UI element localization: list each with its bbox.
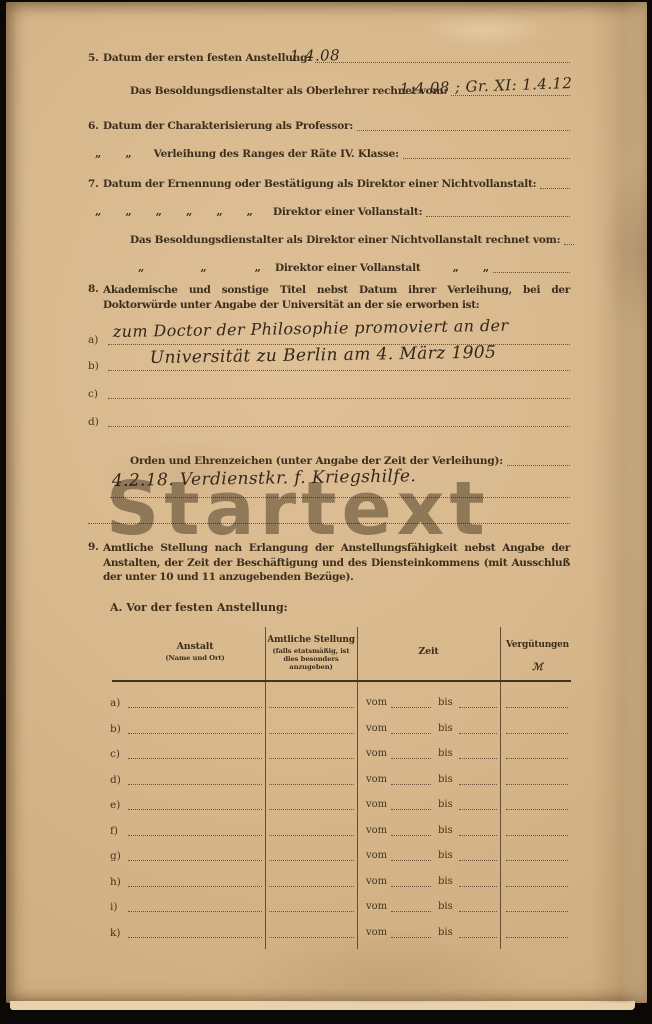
vom-label: vom xyxy=(366,774,387,785)
verguetung-field xyxy=(506,901,568,912)
item6-number: 6. xyxy=(88,120,103,132)
row-label: i) xyxy=(110,901,117,913)
table-row: d) vom bis xyxy=(0,771,652,787)
orden-entry-line-2 xyxy=(88,510,570,524)
title-entry-row-c: c) xyxy=(88,386,570,400)
row-label: a) xyxy=(110,697,120,709)
verguetung-field xyxy=(506,748,568,759)
verguetung-field xyxy=(506,774,568,785)
ditto-mark: „ xyxy=(453,261,459,274)
item6-blank-line xyxy=(357,130,570,131)
anstalt-field xyxy=(128,927,262,938)
table-row: f) vom bis xyxy=(0,822,652,838)
verguetung-field xyxy=(506,825,568,836)
header-verguetungen-title: Vergütungen xyxy=(500,640,575,650)
item7-line2-blank-line xyxy=(426,216,570,217)
vom-label: vom xyxy=(366,825,387,836)
bis-label: bis xyxy=(438,697,453,708)
anstalt-field xyxy=(128,876,262,887)
header-anstalt-title: Anstalt xyxy=(125,641,265,652)
entry-d-blank-line xyxy=(108,426,570,427)
ditto-mark: „ xyxy=(216,205,222,218)
field-line-director-nichtvollanstalt: 7. Datum der Ernennung oder Bestätigung … xyxy=(88,176,570,190)
stellung-field xyxy=(269,901,354,912)
vom-label: vom xyxy=(366,799,387,810)
bis-field xyxy=(459,748,497,759)
item7-number: 7. xyxy=(88,178,103,190)
verguetung-field xyxy=(506,876,568,887)
row-label: k) xyxy=(110,927,120,939)
ditto-mark: „ xyxy=(95,205,101,218)
table-row: g) vom bis xyxy=(0,847,652,863)
vom-field xyxy=(391,748,431,759)
row-label: f) xyxy=(110,825,118,837)
stellung-field xyxy=(269,799,354,810)
bis-label: bis xyxy=(438,901,453,912)
item6-line2-blank-line xyxy=(403,158,570,159)
ditto-mark: „ xyxy=(483,261,489,274)
row-label: e) xyxy=(110,799,120,811)
row-label: c) xyxy=(110,748,120,760)
bis-label: bis xyxy=(438,876,453,887)
table-header-amtliche-stellung: Amtliche Stellung (falls etatsmäßig, ist… xyxy=(266,635,356,671)
table-row: i) vom bis xyxy=(0,898,652,914)
anstalt-field xyxy=(128,850,262,861)
title-entry-row-d: d) xyxy=(88,414,570,428)
vom-label: vom xyxy=(366,927,387,938)
table-header-verguetungen: Vergütungen ℳ xyxy=(500,640,575,673)
item8-label: Akademische und sonstige Titel nebst Dat… xyxy=(103,283,570,312)
table-row: e) vom bis xyxy=(0,796,652,812)
vom-label: vom xyxy=(366,876,387,887)
bis-field xyxy=(459,850,497,861)
field-line-director-vollanstalt: „ „ „ „ „ „ Direktor einer Vollanstalt: xyxy=(95,204,570,218)
table-row: c) vom bis xyxy=(0,745,652,761)
anstalt-field xyxy=(128,774,262,785)
table-row: a) vom bis xyxy=(0,694,652,710)
stellung-field xyxy=(269,774,354,785)
anstalt-field xyxy=(128,901,262,912)
item5-label: Datum der ersten festen Anstellung: xyxy=(103,52,311,64)
ditto-mark: „ xyxy=(186,205,192,218)
vom-label: vom xyxy=(366,901,387,912)
field-line-besoldungsdienstalter-director: Das Besoldungsdienstalter als Direktor e… xyxy=(130,232,570,246)
stellung-field xyxy=(269,927,354,938)
ditto-mark: „ xyxy=(200,261,206,274)
vom-field xyxy=(391,901,431,912)
orden-blank-line xyxy=(507,465,570,466)
table-row: b) vom bis xyxy=(0,720,652,736)
verguetung-field xyxy=(506,927,568,938)
stellung-field xyxy=(269,825,354,836)
vom-field xyxy=(391,697,431,708)
bis-label: bis xyxy=(438,799,453,810)
entry-c-label: c) xyxy=(88,388,104,400)
anstalt-field xyxy=(128,799,262,810)
item7-label: Datum der Ernennung oder Bestätigung als… xyxy=(103,178,536,190)
item6-line2-label: Verleihung des Ranges der Räte IV. Klass… xyxy=(154,148,399,160)
header-zeit-title: Zeit xyxy=(357,646,500,657)
verguetung-field xyxy=(506,723,568,734)
bis-field xyxy=(459,825,497,836)
table-header-anstalt: Anstalt (Name und Ort) xyxy=(125,641,265,662)
entry-a-label: a) xyxy=(88,334,104,346)
item5-blank-line xyxy=(315,62,570,63)
item8-number: 8. xyxy=(88,283,99,295)
bis-field xyxy=(459,697,497,708)
field-line-besoldungsdienstalter-vollanstalt: „ „ „ Direktor einer Vollanstalt „ „ xyxy=(138,260,570,274)
ditto-mark: „ xyxy=(156,205,162,218)
vom-field xyxy=(391,774,431,785)
anstalt-field xyxy=(128,825,262,836)
vom-field xyxy=(391,825,431,836)
ditto-mark: „ xyxy=(138,261,144,274)
vom-label: vom xyxy=(366,850,387,861)
vom-field xyxy=(391,927,431,938)
bis-field xyxy=(459,774,497,785)
verguetung-field xyxy=(506,697,568,708)
item6-label: Datum der Charakterisierung als Professo… xyxy=(103,120,353,132)
vom-label: vom xyxy=(366,748,387,759)
verguetung-field xyxy=(506,850,568,861)
bis-label: bis xyxy=(438,723,453,734)
item9-label: Amtliche Stellung nach Erlangung der Ans… xyxy=(103,541,570,585)
row-label: b) xyxy=(110,723,121,735)
bis-field xyxy=(459,799,497,810)
entry-b-blank-line xyxy=(108,370,570,371)
item7-blank-line xyxy=(540,188,570,189)
vom-field xyxy=(391,723,431,734)
field-line-orden: Orden und Ehrenzeichen (unter Angabe der… xyxy=(130,453,570,467)
header-anstalt-sub: (Name und Ort) xyxy=(125,654,265,662)
mark-currency-symbol: ℳ xyxy=(500,662,575,673)
vom-label: vom xyxy=(366,697,387,708)
stellung-field xyxy=(269,697,354,708)
bis-label: bis xyxy=(438,825,453,836)
item5-handwritten-value: 1.4.08 xyxy=(290,46,340,65)
item7-line4-label: Direktor einer Vollanstalt xyxy=(275,262,421,274)
bis-label: bis xyxy=(438,774,453,785)
item7-line3-label: Das Besoldungsdienstalter als Direktor e… xyxy=(130,234,560,246)
item9-number: 9. xyxy=(88,541,99,553)
table-header-zeit: Zeit xyxy=(357,646,500,657)
table-row: k) vom bis xyxy=(0,924,652,940)
stellung-field xyxy=(269,850,354,861)
bis-field xyxy=(459,876,497,887)
row-label: d) xyxy=(110,774,121,786)
entry-c-blank-line xyxy=(108,398,570,399)
entry-d-label: d) xyxy=(88,416,104,428)
entry-b-label: b) xyxy=(88,360,104,372)
bis-field xyxy=(459,927,497,938)
ditto-mark: „ xyxy=(95,147,101,160)
anstalt-field xyxy=(128,748,262,759)
stellung-field xyxy=(269,723,354,734)
field-line-rank-raete: „ „ Verleihung des Ranges der Räte IV. K… xyxy=(95,146,570,160)
item7-line3-blank-line xyxy=(564,244,574,245)
row-label: g) xyxy=(110,850,121,862)
item5-number: 5. xyxy=(88,52,103,64)
stellung-field xyxy=(269,876,354,887)
ditto-mark: „ xyxy=(247,205,253,218)
anstalt-field xyxy=(128,723,262,734)
bis-field xyxy=(459,901,497,912)
table-header-rule xyxy=(112,680,571,682)
item7-line4-blank-line xyxy=(493,272,570,273)
orden-label: Orden und Ehrenzeichen (unter Angabe der… xyxy=(130,455,503,467)
under-page-edge xyxy=(10,1001,635,1010)
vom-field xyxy=(391,850,431,861)
vom-field xyxy=(391,799,431,810)
bis-field xyxy=(459,723,497,734)
table-row: h) vom bis xyxy=(0,873,652,889)
header-stellung-title: Amtliche Stellung xyxy=(266,635,356,645)
header-stellung-sub: (falls etatsmäßig, ist dies besonders an… xyxy=(266,647,356,671)
bis-label: bis xyxy=(438,927,453,938)
stellung-field xyxy=(269,748,354,759)
vom-field xyxy=(391,876,431,887)
ditto-mark: „ xyxy=(255,261,261,274)
verguetung-field xyxy=(506,799,568,810)
field-line-professor-title: 6. Datum der Charakterisierung als Profe… xyxy=(88,118,570,132)
ditto-mark: „ xyxy=(125,205,131,218)
section-a-heading: A. Vor der festen Anstellung: xyxy=(110,601,288,614)
bis-label: bis xyxy=(438,850,453,861)
item7-line2-label: Direktor einer Vollanstalt: xyxy=(273,206,422,218)
bis-label: bis xyxy=(438,748,453,759)
vom-label: vom xyxy=(366,723,387,734)
ditto-mark: „ xyxy=(125,147,131,160)
row-label: h) xyxy=(110,876,121,888)
scanned-form-page: 5. Datum der ersten festen Anstellung: 1… xyxy=(0,0,652,1024)
anstalt-field xyxy=(128,697,262,708)
